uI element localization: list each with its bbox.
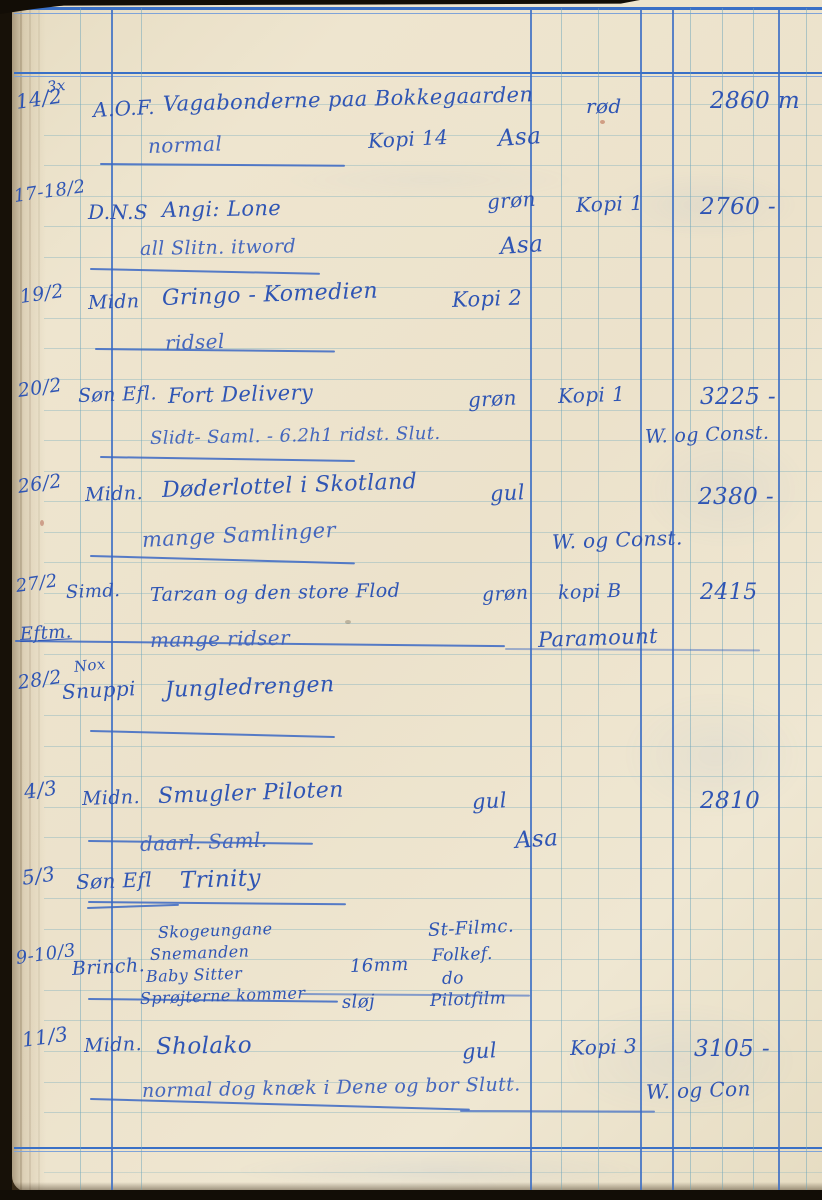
distributor: W. og Con [646, 1078, 751, 1102]
entry-date: 14/2 [15, 86, 64, 112]
leader-color-note: grøn [486, 189, 536, 212]
leader-color-note: gul [471, 790, 507, 813]
distributor: Paramount [538, 626, 659, 651]
copy-number: Kopi 2 [452, 288, 523, 311]
film-title: Trinity [180, 867, 262, 893]
entry-organisation: D.N.S [88, 202, 148, 222]
film-length-meters: 2380 - [698, 486, 774, 509]
entry-organisation: Søn Efl. [78, 384, 158, 406]
entry-organisation: A.O.F. [92, 97, 155, 120]
copy-number: Kopi 3 [570, 1036, 638, 1058]
film-length-meters: 2760 - [700, 196, 776, 219]
entry-organisation: Simd. [66, 582, 121, 602]
condition-note: normal [148, 133, 223, 156]
distributor: do [442, 970, 465, 988]
film-title: Angi: Lone [162, 198, 282, 221]
condition-note: mange ridser [150, 628, 290, 650]
entry-date: 5/3 [21, 863, 57, 887]
film-title: Fort Delivery [168, 382, 314, 407]
entry-organisation: Midn [88, 292, 140, 313]
film-title: Sholako [156, 1034, 252, 1059]
film-length-meters: 2415 [700, 582, 758, 604]
film-title: Jungledrengen [165, 674, 335, 702]
leader-color-note: rød [586, 96, 622, 116]
condition-note: sløj [342, 993, 376, 1012]
film-title: Skogeungane [158, 921, 273, 941]
distributor: St-Filmc. [428, 918, 515, 940]
distributor: Asa [497, 125, 542, 151]
entry-organisation: Midn. [85, 484, 144, 505]
leader-color-note: gul [489, 482, 525, 505]
entry-organisation: Snuppi [61, 678, 136, 702]
copy-number: Kopi 1 [576, 193, 644, 215]
film-length-meters: 3225 - [700, 386, 776, 409]
film-length-meters: 3105 - [694, 1038, 770, 1061]
condition-note: ridsel [165, 331, 225, 353]
condition-note: Slidt- Saml. - 6.2h1 ridst. Slut. [150, 425, 441, 448]
entry-date: 11/3 [21, 1024, 70, 1050]
film-title: Snemanden [150, 944, 250, 963]
condition-note: daarl. Saml. [140, 830, 268, 854]
page-crease [38, 0, 40, 1192]
film-length-meters: 2810 [700, 790, 760, 813]
copy-number: Kopi 1 [558, 384, 626, 406]
distributor: W. og Const. [645, 424, 770, 447]
film-title: Tarzan og den store Flod [150, 582, 400, 605]
film-title: Baby Sitter [146, 966, 243, 985]
entry-organisation: Midn. [82, 788, 141, 809]
distributor: Pilotfilm [430, 990, 507, 1010]
scan-edge-bottom [0, 1190, 822, 1200]
copy-number: kopi B [558, 582, 622, 603]
leader-color-note: gul [461, 1040, 497, 1063]
gauge-note: 16mm [350, 956, 409, 976]
condition-note: all Slitn. itword [140, 237, 296, 259]
distributor: Asa [499, 233, 544, 259]
entry-organisation-2: Eftm. [20, 623, 73, 644]
entry-date-annotation: Nox [73, 657, 106, 675]
distributor: Asa [514, 827, 559, 853]
entry-organisation: Midn. [84, 1035, 143, 1056]
copy-number: Kopi 14 [367, 127, 448, 151]
leader-color-note: grøn [482, 584, 529, 605]
distributor: Folkef. [432, 946, 493, 965]
scanned-ledger-page: 3x 14/2 A.O.F. Vagabonderne paa Bokkegaa… [0, 0, 822, 1200]
distributor: W. og Const. [552, 527, 683, 552]
film-length-meters: 2860 m [710, 90, 800, 113]
entry-date: 4/3 [23, 777, 59, 801]
entry-organisation: Brinch. [72, 956, 146, 979]
leader-color-note: grøn [467, 387, 517, 410]
page-crease [29, 0, 31, 1192]
entry-organisation: Søn Efl [76, 869, 153, 892]
